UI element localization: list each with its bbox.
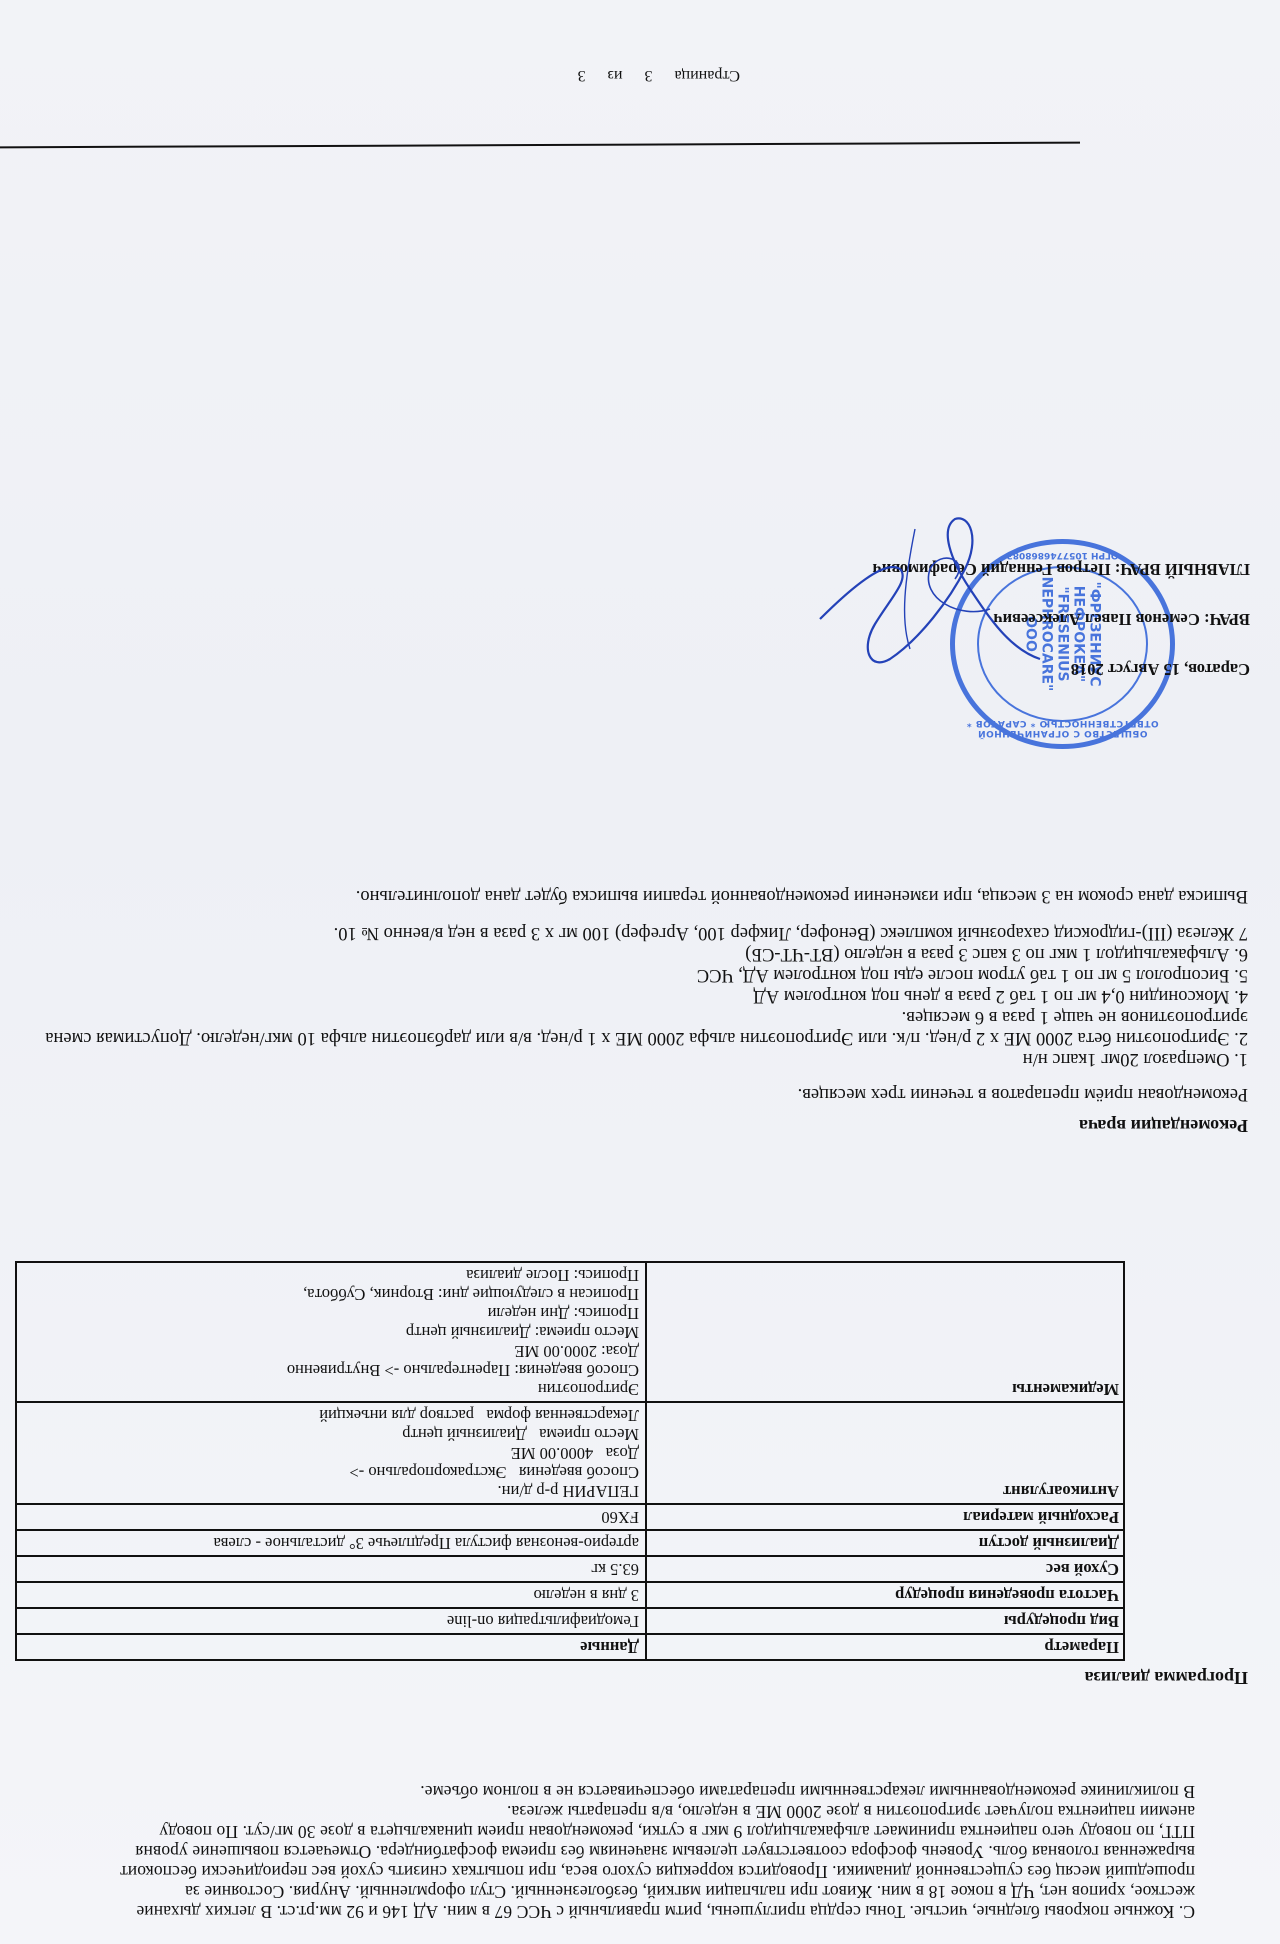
examination-text: С. Кожные покровы бледные, чистые. Тоны … <box>105 1782 1195 1922</box>
table-row: АнтикоагулянтГЕПАРИН р-р д/ин.Способ вве… <box>16 1402 1124 1504</box>
row-value: ГЕПАРИН р-р д/ин.Способ введения Экстрак… <box>16 1402 646 1504</box>
row-value-line: Доза: 2000.00 МЕ <box>21 1342 639 1361</box>
row-value: 63.5 кг <box>16 1556 646 1582</box>
page-label: Страница <box>674 67 740 84</box>
row-value-line: Способ введения: Парентерально -> Внутри… <box>21 1361 639 1380</box>
recommendation-item: 7 Железа (III)-гидроксид сахарозный комп… <box>28 922 1248 943</box>
page-total: 3 <box>578 67 586 84</box>
page-of-label: из <box>608 67 623 84</box>
recommendations: Рекомендован приём препаратов в течении … <box>28 885 1248 1104</box>
recommendation-item: 6. Альфакальцидол 1 мкг по 3 капс 3 раза… <box>28 943 1248 964</box>
recommendation-item: 2. Эритропоэтин бета 2000 МЕ х 2 р/нед. … <box>28 1006 1248 1048</box>
row-value-line: ГЕПАРИН р-р д/ин. <box>21 1482 639 1501</box>
row-value-line: артерио-венозная фистула Предплечье 3° д… <box>21 1534 639 1553</box>
row-value: 3 дня в неделю <box>16 1582 646 1608</box>
row-parameter: Антикоагулянт <box>646 1402 1124 1504</box>
row-value-line: Пропись: Дни недели <box>21 1304 639 1323</box>
column-header-data: Данные <box>16 1634 646 1660</box>
page-current: 3 <box>644 67 652 84</box>
page-number: Страница 3 из 3 <box>560 66 740 84</box>
table-row: Сухой вес63.5 кг <box>16 1556 1124 1582</box>
row-parameter: Расходный материал <box>646 1504 1124 1530</box>
recommendation-item: 5. Бисопролол 5 мг по 1 таб утром после … <box>28 964 1248 985</box>
table-row: МедикаментыЭритропоэтинСпособ введения: … <box>16 1262 1124 1402</box>
table-row: Расходный материалFX60 <box>16 1504 1124 1530</box>
row-parameter: Диализный доступ <box>646 1530 1124 1556</box>
table-row: Частота проведения процедур3 дня в недел… <box>16 1582 1124 1608</box>
dialysis-program-table: ПараметрДанныеВид процедурыГемодиафильтр… <box>15 1261 1125 1661</box>
row-value: артерио-венозная фистула Предплечье 3° д… <box>16 1530 646 1556</box>
row-value-line: Пропись: После диализа <box>21 1266 639 1285</box>
row-value: FX60 <box>16 1504 646 1530</box>
table-header-row: ПараметрДанные <box>16 1634 1124 1660</box>
recommendation-item: 4. Моксонидин 0,4 мг по 1 таб 2 раза в д… <box>28 985 1248 1006</box>
row-value: Гемодиафильтрация on-line <box>16 1608 646 1634</box>
row-value-line: Способ введения Экстракорпорально -> <box>21 1463 639 1482</box>
column-header-parameter: Параметр <box>646 1634 1124 1660</box>
recommendations-title: Рекомендации врача <box>1079 1115 1248 1136</box>
recommendations-note: Выписка дана сроком на 3 месяца, при изм… <box>28 885 1248 906</box>
dialysis-program-title: Программа диализа <box>1085 1667 1248 1688</box>
stamp-ring-text: ОБЩЕСТВО С ОГРАНИЧЕННОЙ ОТВЕТСТВЕННОСТЬЮ… <box>961 718 1164 738</box>
exam-paragraph: С. Кожные покровы бледные, чистые. Тоны … <box>105 1802 1195 1922</box>
row-parameter: Частота проведения процедур <box>646 1582 1124 1608</box>
row-value: ЭритропоэтинСпособ введения: Парентераль… <box>16 1262 646 1402</box>
row-parameter: Медикаменты <box>646 1262 1124 1402</box>
table-row: Диализный доступартерио-венозная фистула… <box>16 1530 1124 1556</box>
row-parameter: Сухой вес <box>646 1556 1124 1582</box>
row-parameter: Вид процедуры <box>646 1608 1124 1634</box>
footer-divider <box>0 142 1080 149</box>
row-value-line: 3 дня в неделю <box>21 1586 639 1605</box>
row-value-line: Эритропоэтин <box>21 1380 639 1399</box>
row-value-line: Место приема Диализный центр <box>21 1425 639 1444</box>
row-value-line: Лекарственная форма раствор для инъекций <box>21 1406 639 1425</box>
handwritten-signature-icon <box>810 509 1050 679</box>
row-value-line: Место приема: Диализный центр <box>21 1323 639 1342</box>
row-value-line: Прописан в следующие дни: Вторник, Суббо… <box>21 1285 639 1304</box>
document-page: С. Кожные покровы бледные, чистые. Тоны … <box>0 0 1280 1944</box>
recommendations-list: 1. Омепразол 20мг 1капс н/н2. Эритропоэт… <box>28 922 1248 1069</box>
table-row: Вид процедурыГемодиафильтрация on-line <box>16 1608 1124 1634</box>
row-value-line: Гемодиафильтрация on-line <box>21 1612 639 1631</box>
recommendations-intro: Рекомендован приём препаратов в течении … <box>28 1083 1248 1104</box>
row-value-line: Доза 4000.00 МЕ <box>21 1444 639 1463</box>
exam-paragraph-availability: В поликлинике рекомендованными лекарстве… <box>105 1782 1195 1802</box>
row-value-line: 63.5 кг <box>21 1560 639 1579</box>
recommendation-item: 1. Омепразол 20мг 1капс н/н <box>28 1048 1248 1069</box>
row-value-line: FX60 <box>21 1508 639 1527</box>
